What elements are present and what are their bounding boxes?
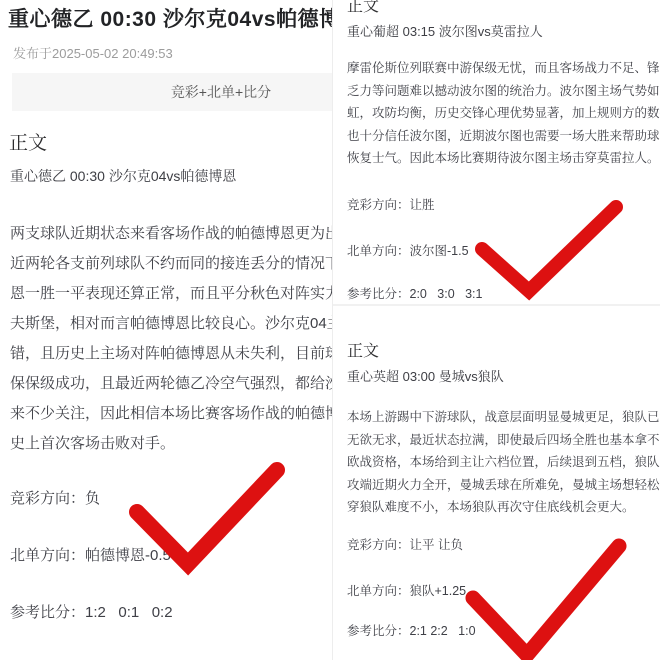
paragraph-line: 错，且历史上主场对阵帕德博恩从未失利，目前球 bbox=[10, 339, 333, 369]
article-paragraph: 本场上游踢中下游球队，战意层面明显曼城更足，狼队已经 无欲无求，最近状态拉满，即… bbox=[347, 406, 660, 519]
paragraph-line: 近两轮各支前列球队不约而同的接连丢分的情况下 bbox=[10, 249, 333, 279]
section-label: 正文 bbox=[347, 0, 379, 16]
right-articles-pane: 正文 重心葡超 03:15 波尔图vs莫雷拉人 摩雷伦斯位列联赛中游保级无忧，而… bbox=[332, 0, 660, 660]
match-line: 重心英超 03:00 曼城vs狼队 bbox=[347, 366, 504, 385]
paragraph-line: 恩一胜一平表现还算正常，而且平分秋色对阵实力 bbox=[10, 279, 333, 309]
paragraph-line: 无欲无求，最近状态拉满，即使最后四场全胜也基本拿不到 bbox=[347, 429, 660, 452]
paragraph-line: 史上首次客场击败对手。 bbox=[10, 429, 333, 459]
red-checkmark-icon bbox=[468, 197, 628, 302]
reference-score: 参考比分：2:1 2:2 1:0 bbox=[347, 621, 476, 639]
paragraph-line: 保保级成功，且最近两轮德乙冷空气强烈，都给沙 bbox=[10, 369, 333, 399]
jingcai-direction: 竞彩方向：负 bbox=[10, 487, 100, 508]
paragraph-line: 本场上游踢中下游球队，战意层面明显曼城更足，狼队已经 bbox=[347, 406, 660, 429]
checkmark-stroke bbox=[482, 207, 616, 291]
section-label: 正文 bbox=[9, 128, 47, 155]
paragraph-line: 欧战资格，本场给到主让六档位置，后续退到五档，狼队进 bbox=[347, 451, 660, 474]
publish-timestamp: 发布于2025-05-02 20:49:53 bbox=[13, 43, 173, 62]
article-paragraph: 摩雷伦斯位列联赛中游保级无忧，而且客场战力不足、锋线 乏力等问题难以撼动波尔图的… bbox=[347, 57, 660, 170]
match-line: 重心德乙 00:30 沙尔克04vs帕德博恩 bbox=[10, 166, 236, 186]
match-line: 重心葡超 03:15 波尔图vs莫雷拉人 bbox=[347, 21, 543, 40]
article-paragraph: 两支球队近期状态来看客场作战的帕德博恩更为出色 近两轮各支前列球队不约而同的接连… bbox=[10, 219, 333, 459]
paragraph-line: 乏力等问题难以撼动波尔图的统治力。波尔图主场气势如 bbox=[347, 80, 660, 103]
reference-score: 参考比分：2:0 3:0 3:1 bbox=[347, 284, 482, 302]
beidan-direction: 北单方向：狼队+1.25 bbox=[347, 581, 466, 599]
red-checkmark-icon bbox=[461, 534, 633, 660]
paragraph-line: 攻端近期火力全开，曼城丢球在所难免，曼城主场想轻松打 bbox=[347, 474, 660, 497]
paragraph-line: 也十分信任波尔图，近期波尔图也需要一场大胜来帮助球队 bbox=[347, 125, 660, 148]
section-label: 正文 bbox=[347, 338, 379, 361]
paragraph-line: 虹，攻防均衡，历史交锋心理优势显著，加上规则方的数据 bbox=[347, 102, 660, 125]
left-article-pane: 重心德乙 00:30 沙尔克04vs帕德博恩 发布于2025-05-02 20:… bbox=[0, 0, 333, 660]
paragraph-line: 来不少关注，因此相信本场比赛客场作战的帕德博 bbox=[10, 399, 333, 429]
beidan-direction: 北单方向：波尔图-1.5 bbox=[347, 241, 469, 259]
paragraph-line: 摩雷伦斯位列联赛中游保级无忧，而且客场战力不足、锋线 bbox=[347, 57, 660, 80]
paragraph-line: 夫斯堡，相对而言帕德博恩比较良心。沙尔克04主 bbox=[10, 309, 333, 339]
paragraph-line: 恢复士气。因此本场比赛期待波尔图主场击穿莫雷拉人。 bbox=[347, 147, 660, 170]
jingcai-direction: 竞彩方向：让胜 bbox=[347, 195, 435, 213]
tag-button[interactable]: 竞彩+北单+比分 bbox=[12, 73, 333, 111]
beidan-direction: 北单方向：帕德博恩-0.5 bbox=[10, 544, 171, 565]
jingcai-direction: 竞彩方向：让平 让负 bbox=[347, 535, 463, 553]
section-divider bbox=[333, 304, 660, 306]
reference-score: 参考比分：1:2 0:1 0:2 bbox=[10, 601, 173, 622]
checkmark-stroke bbox=[473, 546, 619, 655]
paragraph-line: 两支球队近期状态来看客场作战的帕德博恩更为出色 bbox=[10, 219, 333, 249]
paragraph-line: 穿狼队难度不小，本场狼队再次守住底线机会更大。 bbox=[347, 496, 660, 519]
article-title: 重心德乙 00:30 沙尔克04vs帕德博恩 bbox=[8, 3, 333, 33]
